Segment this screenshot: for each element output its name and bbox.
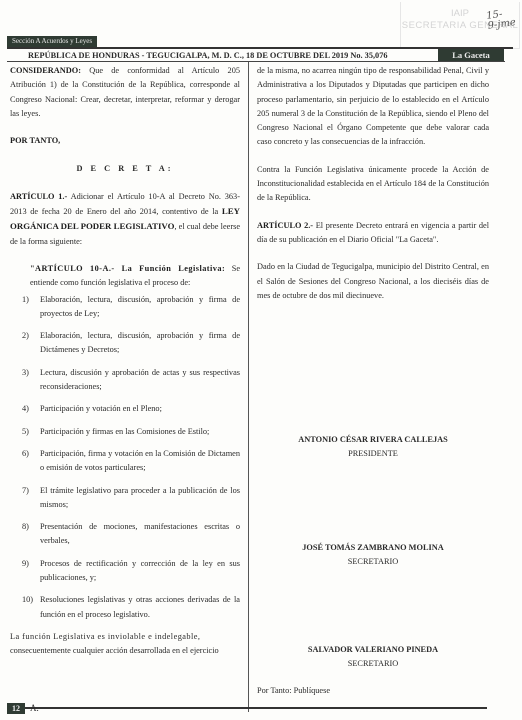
list-item-number: 2) <box>10 329 40 358</box>
list-item-number: 3) <box>10 366 40 395</box>
list-item-number: 4) <box>10 402 40 416</box>
list-item-number: 8) <box>10 520 40 549</box>
list-item-text: Elaboración, lectura, discusión, aprobac… <box>40 329 240 358</box>
list-item: 8)Presentación de mociones, manifestacio… <box>10 520 240 549</box>
list-item-number: 1) <box>10 293 40 322</box>
decreta-heading: D E C R E T A: <box>10 162 240 176</box>
header-underline <box>7 61 505 62</box>
list-item-text: Presentación de mociones, manifestacione… <box>40 520 240 549</box>
list-item-number: 6) <box>10 447 40 476</box>
publiquese: Por Tanto: Publíquese <box>257 686 330 695</box>
signatory-title: PRESIDENTE <box>257 447 489 461</box>
continuation-paragraph: de la misma, no acarrea ningún tipo de r… <box>257 64 489 150</box>
signature-block-secretary-2: SALVADOR VALERIANO PINEDA SECRETARIO <box>257 643 489 671</box>
article-2-label: ARTÍCULO 2.- <box>257 221 313 230</box>
column-divider <box>248 62 249 712</box>
article-10a-label: "ARTÍCULO 10-A.- La Función Legislativa: <box>30 264 225 273</box>
list-item: 10)Resoluciones legislativas y otras acc… <box>10 593 240 622</box>
section-tab: Sección A Acuerdos y Leyes <box>7 36 97 47</box>
closing-line-2: consecuentemente cualquier acción desarr… <box>10 644 240 658</box>
list-item-number: 7) <box>10 484 40 513</box>
por-tanto-label: POR TANTO, <box>10 136 60 145</box>
list-item-text: Participación, firma y votación en la Co… <box>40 447 240 476</box>
por-tanto: POR TANTO, <box>10 134 240 148</box>
gaceta-label: La Gaceta <box>438 49 504 61</box>
article-10a-paragraph: "ARTÍCULO 10-A.- La Función Legislativa:… <box>30 262 240 291</box>
list-item: 5)Participación y firmas en las Comision… <box>10 425 240 439</box>
considerando-label: CONSIDERANDO: <box>10 66 81 75</box>
handwritten-annotation: 15- 9-jme <box>485 8 516 32</box>
list-item: 1)Elaboración, lectura, discusión, aprob… <box>10 293 240 322</box>
signature-block-president: ANTONIO CÉSAR RIVERA CALLEJAS PRESIDENTE <box>257 433 489 461</box>
right-column: de la misma, no acarrea ningún tipo de r… <box>257 64 489 303</box>
iaip-received-stamp: IAIP SECRETARIA GENERAL 15- 9-jme <box>400 2 520 49</box>
article-1-label: ARTÍCULO 1.- <box>10 192 67 201</box>
page-section-letter: A. <box>30 703 39 714</box>
list-item: 3)Lectura, discusión y aprobación de act… <box>10 366 240 395</box>
signatory-title: SECRETARIO <box>257 657 489 671</box>
page-number: 12 <box>7 703 25 714</box>
list-item: 9)Procesos de rectificación y corrección… <box>10 557 240 586</box>
signatory-name: JOSÉ TOMÁS ZAMBRANO MOLINA <box>257 541 489 555</box>
list-item-text: El trámite legislativo para proceder a l… <box>40 484 240 513</box>
signatory-name: SALVADOR VALERIANO PINEDA <box>257 643 489 657</box>
list-item-text: Participación y firmas en las Comisiones… <box>40 425 240 439</box>
list-item-text: Elaboración, lectura, discusión, aprobac… <box>40 293 240 322</box>
article-2-paragraph: ARTÍCULO 2.- El presente Decreto entrará… <box>257 219 489 248</box>
list-item: 7)El trámite legislativo para proceder a… <box>10 484 240 513</box>
function-list: 1)Elaboración, lectura, discusión, aprob… <box>10 293 240 622</box>
considerando-paragraph: CONSIDERANDO: Que de conformidad al Artí… <box>10 64 240 121</box>
list-item-text: Participación y votación en el Pleno; <box>40 402 240 416</box>
list-item-text: Resoluciones legislativas y otras accion… <box>40 593 240 622</box>
list-item-number: 9) <box>10 557 40 586</box>
signatory-name: ANTONIO CÉSAR RIVERA CALLEJAS <box>257 433 489 447</box>
list-item: 6)Participación, firma y votación en la … <box>10 447 240 476</box>
list-item-text: Lectura, discusión y aprobación de actas… <box>40 366 240 395</box>
list-item-text: Procesos de rectificación y corrección d… <box>40 557 240 586</box>
signatory-title: SECRETARIO <box>257 555 489 569</box>
list-item-number: 5) <box>10 425 40 439</box>
contra-paragraph: Contra la Función Legislativa únicamente… <box>257 163 489 206</box>
dado-paragraph: Dado en la Ciudad de Tegucigalpa, munici… <box>257 260 489 303</box>
left-column: CONSIDERANDO: Que de conformidad al Artí… <box>10 64 240 659</box>
article-1-paragraph: ARTÍCULO 1.- Adicionar el Artículo 10-A … <box>10 190 240 249</box>
signature-block-secretary-1: JOSÉ TOMÁS ZAMBRANO MOLINA SECRETARIO <box>257 541 489 569</box>
list-item: 4)Participación y votación en el Pleno; <box>10 402 240 416</box>
footer-rule <box>7 707 487 709</box>
closing-line-1: La función Legislativa es inviolable e i… <box>10 630 240 644</box>
list-item-number: 10) <box>10 593 40 622</box>
list-item: 2)Elaboración, lectura, discusión, aprob… <box>10 329 240 358</box>
